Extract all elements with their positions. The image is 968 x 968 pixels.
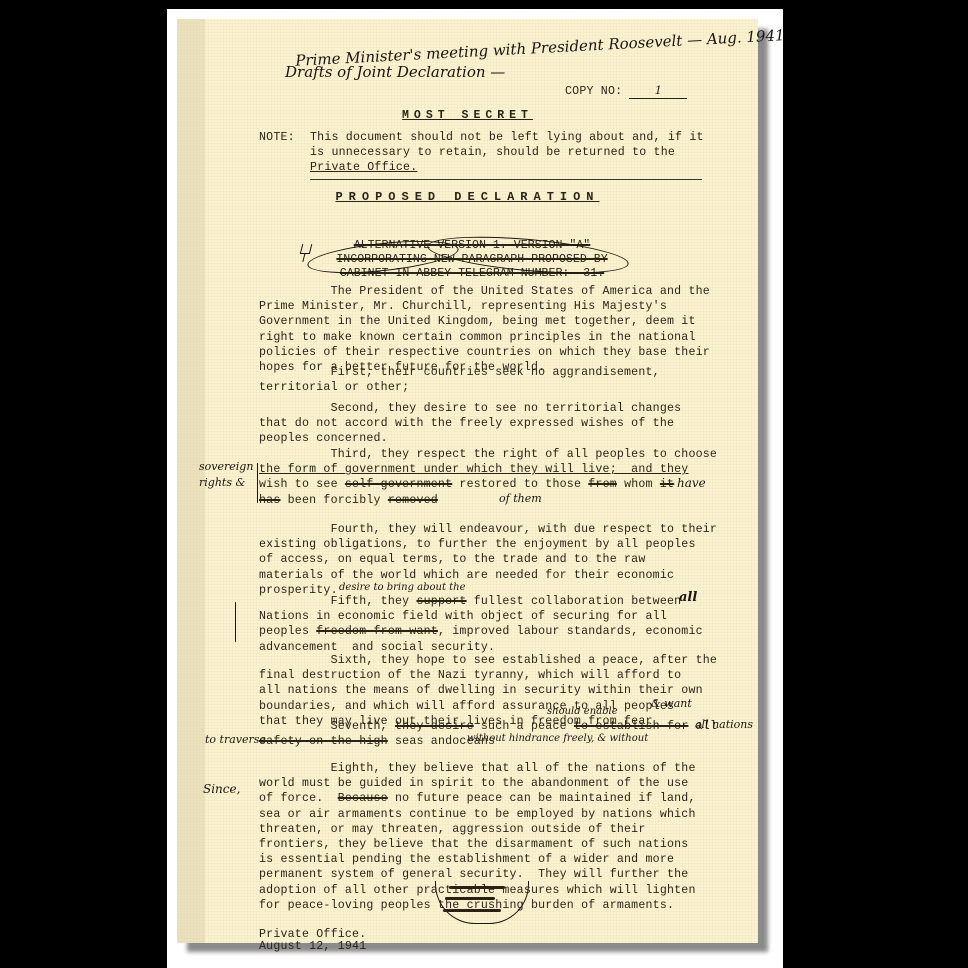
note-private-office: Private Office. (310, 160, 417, 175)
handwritten-should-enable: should enable (547, 706, 618, 717)
paragraph-second: Second, they desire to see no territoria… (259, 401, 681, 447)
note-underline (310, 179, 702, 180)
paragraph-fourth: Fourth, they will endeavour, with due re… (259, 522, 717, 598)
handwritten-have: have (677, 476, 706, 490)
margin-bracket (235, 602, 236, 642)
scribble-line (443, 909, 501, 912)
note-text: This document should not be left lying a… (310, 130, 704, 160)
deletion-mark-icon: ⑂ (295, 239, 311, 269)
margin-bracket (257, 463, 258, 503)
document-page: Prime Minister's meeting with President … (177, 19, 758, 943)
scribble-line (445, 897, 495, 900)
handwritten-header-line2: Drafts of Joint Declaration — (285, 63, 505, 81)
note-label: NOTE: (259, 130, 295, 145)
copy-number: COPY NO: 1 (565, 83, 687, 99)
handwritten-since: Since, (203, 782, 240, 796)
classification-marking: MOST SECRET (177, 105, 758, 123)
handwritten-seventh-tail: without hindrance freely, & without (467, 733, 648, 744)
handwritten-of-them: of them (499, 492, 542, 505)
handwritten-to-traverse: to traverse (205, 733, 266, 746)
margin-note-sovereign-rights: sovereign rights & (199, 459, 254, 491)
paragraph-first: First, their countries seek no aggrandis… (259, 365, 660, 395)
scribble-line (449, 886, 505, 889)
footer-date: August 12, 1941 (259, 939, 366, 954)
paragraph-sixth: Sixth, they hope to see established a pe… (259, 653, 717, 729)
paragraph-fifth: Fifth, they support fullest collaboratio… (259, 594, 703, 655)
copy-number-value: 1 (629, 83, 687, 99)
classification-text: MOST SECRET (402, 109, 533, 122)
title-text: PROPOSED DECLARATION (335, 190, 599, 204)
paragraph-third: Third, they respect the right of all peo… (259, 447, 717, 508)
paragraph-preamble: The President of the United States of Am… (259, 284, 710, 375)
handwritten-bring-about: desire to bring about the (339, 582, 466, 593)
handwritten-all-nations: all nations (695, 718, 753, 731)
handwritten-all: all (679, 590, 697, 605)
struck-heading-block: ALTERNATIVE VERSION 1. VERSION "A" INCOR… (317, 239, 627, 289)
copy-number-label: COPY NO: (565, 85, 622, 98)
document-title: PROPOSED DECLARATION (177, 187, 758, 205)
handwritten-want: & want (651, 697, 692, 710)
